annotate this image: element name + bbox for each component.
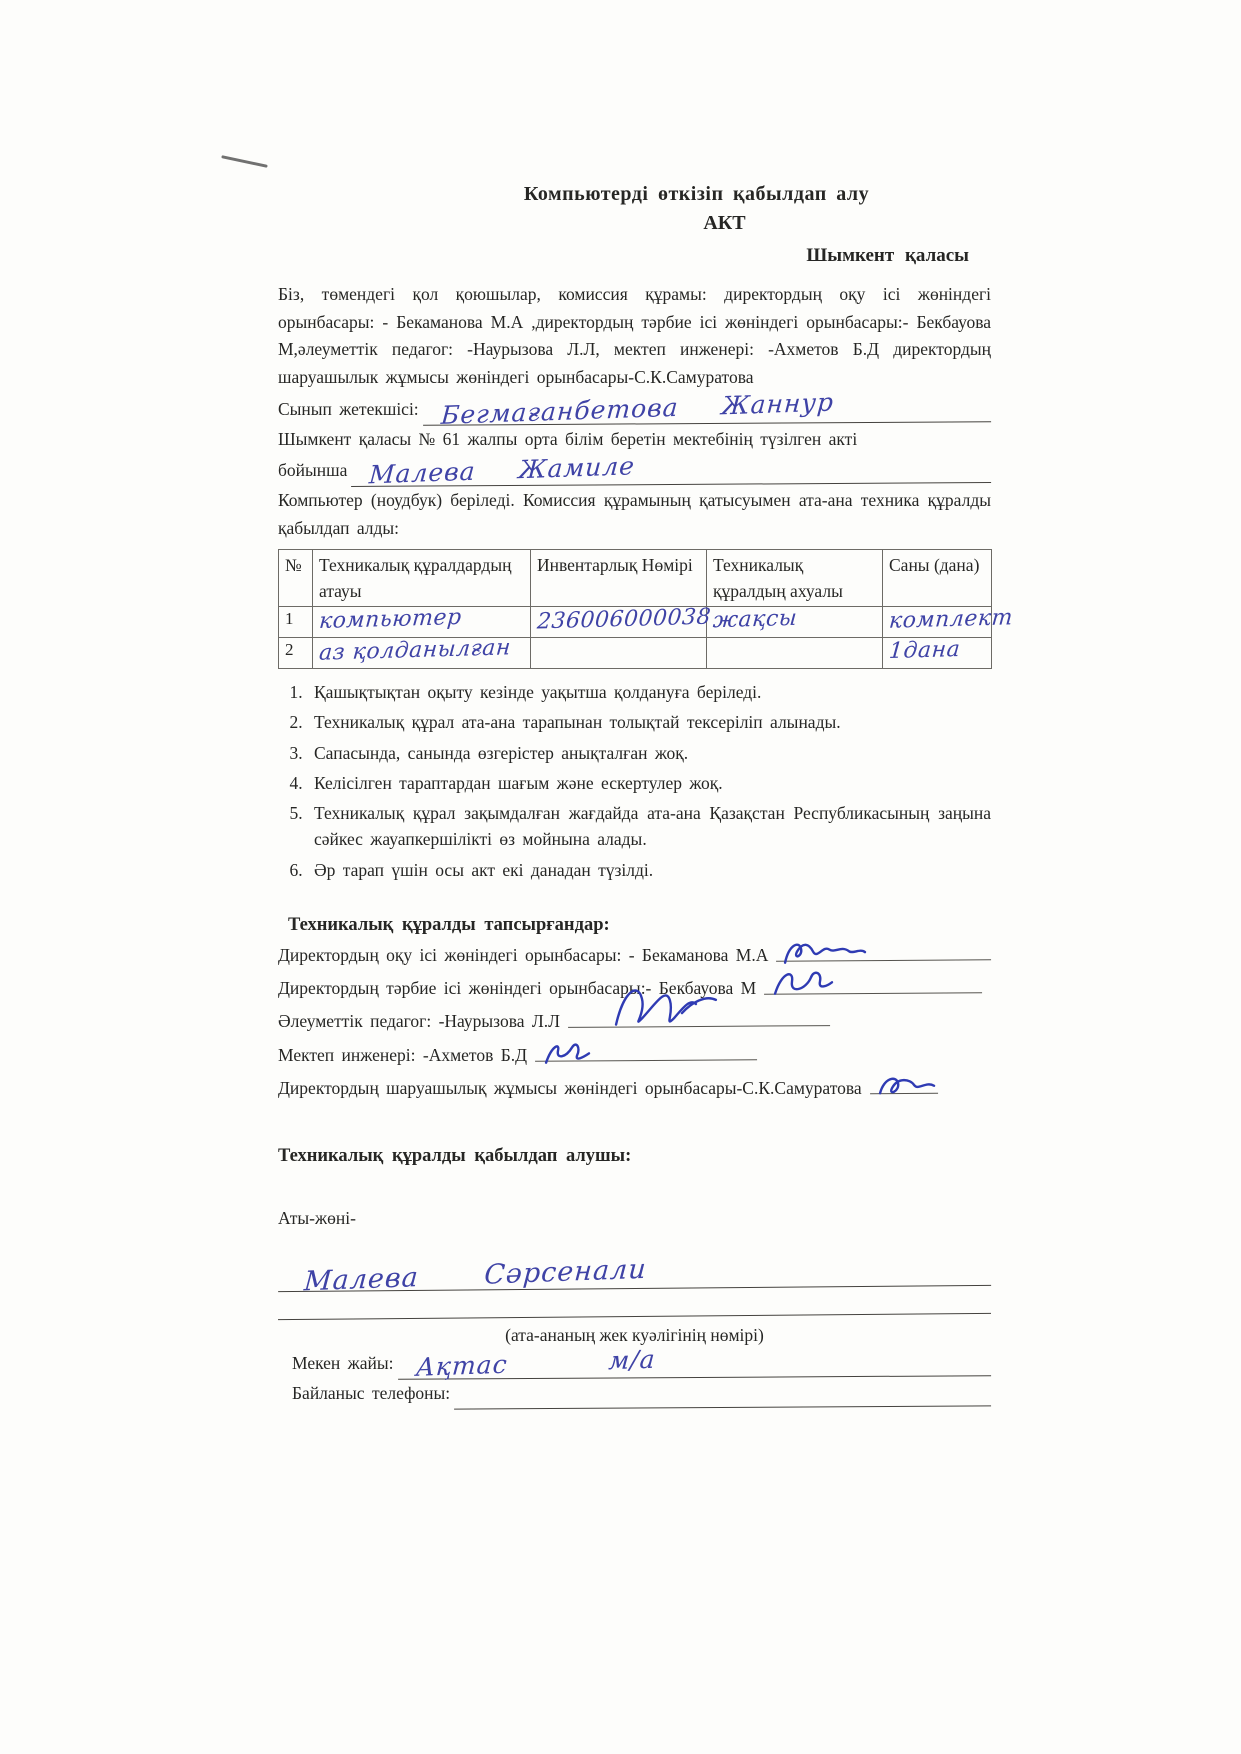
phone-handwriting bbox=[454, 1402, 472, 1403]
signature-ink-bekamanova bbox=[782, 938, 868, 969]
signature-label: Мектеп инженері: -Ахметов Б.Д bbox=[278, 1041, 527, 1069]
signature-label: Әлеуметтік педагог: -Наурызова Л.Л bbox=[278, 1007, 560, 1035]
row2-name: аз қолданылған bbox=[313, 638, 531, 669]
row1-count-handwriting: комплект bbox=[888, 607, 1013, 633]
col-header-condition: Техникалық құралдың ахуалы bbox=[707, 549, 883, 607]
address-handwriting: Ақтас м/а bbox=[397, 1346, 656, 1380]
scanned-act-document: Компьютерді өткізіп қабылдап алу АКТ Шым… bbox=[0, 0, 1241, 1754]
terms-list: Қашықтықтан оқыту кезінде уақытша қолдан… bbox=[278, 679, 991, 883]
signature-underline bbox=[568, 1005, 830, 1029]
row1-name-handwriting: компьютер bbox=[318, 607, 462, 633]
row2-inventory bbox=[531, 638, 707, 669]
row1-name: компьютер bbox=[313, 607, 531, 638]
table-row: 1 компьютер 236006000038 жақсы комплект bbox=[279, 607, 992, 638]
table-row: 2 аз қолданылған 1дана bbox=[279, 638, 992, 669]
phone-line: Байланыс телефоны: bbox=[278, 1380, 991, 1408]
signature-underline bbox=[764, 971, 982, 994]
row1-inventory: 236006000038 bbox=[531, 607, 707, 638]
term-item: Техникалық құрал зақымдалған жағдайда ат… bbox=[310, 800, 991, 853]
id-caption: (ата-ананың жек куәлігінің нөмірі) bbox=[278, 1325, 991, 1346]
pen-stroke-mark bbox=[221, 155, 268, 168]
receiver-heading: Техникалық құралды қабылдап алушы: bbox=[278, 1146, 991, 1167]
document-content: Компьютерді өткізіп қабылдап алу АКТ Шым… bbox=[278, 183, 991, 1408]
bojynsha-underline: Малева Жамиле bbox=[351, 453, 991, 487]
row1-condition: жақсы bbox=[707, 607, 883, 638]
document-title: Компьютерді өткізіп қабылдап алу bbox=[340, 183, 1053, 206]
signature-ink-akhmetov bbox=[541, 1038, 593, 1068]
signature-label: Директордың шаруашылық жұмысы жөніндегі … bbox=[278, 1074, 862, 1102]
receiver-name-handwriting: Малева Сәрсенали bbox=[277, 1255, 647, 1296]
signature-line-samuratova: Директордың шаруашылық жұмысы жөніндегі … bbox=[278, 1072, 991, 1102]
signature-ink-bekbauova bbox=[770, 967, 834, 1001]
col-header-number: № bbox=[279, 549, 313, 607]
row1-number: 1 bbox=[279, 607, 313, 638]
document-subtitle-akt: АКТ bbox=[368, 212, 1081, 235]
row2-condition bbox=[707, 638, 883, 669]
signature-underline bbox=[535, 1038, 757, 1061]
class-teacher-underline: Бегмағанбетова Жаннур bbox=[423, 392, 992, 426]
handover-heading: Техникалық құралды тапсырғандар: bbox=[278, 915, 991, 936]
term-item: Техникалық құрал ата-ана тарапынан толық… bbox=[310, 709, 991, 735]
row2-count: 1дана bbox=[883, 638, 992, 669]
class-teacher-label: Сынып жетекшісі: bbox=[278, 396, 419, 423]
row2-number: 2 bbox=[279, 638, 313, 669]
row2-name-handwriting: аз қолданылған bbox=[318, 638, 511, 665]
city-line: Шымкент қаласы bbox=[278, 245, 991, 267]
signature-line-bekamanova: Директордың оқу ісі жөніндегі орынбасары… bbox=[278, 939, 991, 969]
bojynsha-line: бойынша Малева Жамиле bbox=[278, 455, 991, 485]
term-item: Сапасында, санында өзгерістер анықталған… bbox=[310, 740, 991, 766]
table-header-row: № Техникалық құралдардың атауы Инвентарл… bbox=[279, 549, 992, 607]
signature-label: Директордың оқу ісі жөніндегі орынбасары… bbox=[278, 941, 768, 969]
school-line: Шымкент қаласы № 61 жалпы орта білім бер… bbox=[278, 426, 991, 454]
term-item: Әр тарап үшін осы акт екі данадан түзілд… bbox=[310, 857, 991, 883]
col-header-count: Саны (дана) bbox=[883, 549, 992, 607]
class-teacher-line: Сынып жетекшісі: Бегмағанбетова Жаннур bbox=[278, 394, 991, 424]
term-item: Қашықтықтан оқыту кезінде уақытша қолдан… bbox=[310, 679, 991, 705]
receiver-name-underline: Малева Сәрсенали bbox=[278, 1256, 991, 1292]
row1-condition-handwriting: жақсы bbox=[712, 608, 798, 632]
signature-underline bbox=[776, 938, 991, 961]
row2-count-handwriting: 1дана bbox=[888, 639, 961, 663]
receiver-name-label: Аты-жөні- bbox=[278, 1205, 991, 1233]
parent-name-handwriting: Малева Жамиле bbox=[351, 454, 637, 489]
commission-paragraph: Біз, төмендегі қол қоюшылар, комиссия құ… bbox=[278, 281, 991, 392]
signature-line-akhmetov: Мектеп инженері: -Ахметов Б.Д bbox=[278, 1039, 991, 1069]
signature-underline bbox=[870, 1072, 938, 1094]
term-item: Келісілген тараптардан шағым және ескерт… bbox=[310, 770, 991, 796]
equipment-table: № Техникалық құралдардың атауы Инвентарл… bbox=[278, 549, 992, 670]
col-header-inventory-number: Инвентарлық Нөмірі bbox=[531, 549, 707, 607]
address-label: Мекен жайы: bbox=[292, 1350, 394, 1377]
address-line: Мекен жайы: Ақтас м/а bbox=[278, 1348, 991, 1378]
bojynsha-label: бойынша bbox=[278, 457, 347, 484]
signature-ink-samuratova bbox=[876, 1072, 938, 1100]
class-teacher-handwriting: Бегмағанбетова Жаннур bbox=[422, 389, 835, 428]
phone-underline bbox=[454, 1378, 991, 1409]
col-header-equipment-name: Техникалық құралдардың атауы bbox=[313, 549, 531, 607]
row1-inventory-handwriting: 236006000038 bbox=[536, 607, 712, 634]
computer-line: Компьютер (ноудбук) беріледі. Комиссия қ… bbox=[278, 487, 991, 542]
address-underline: Ақтас м/а bbox=[397, 1346, 991, 1380]
empty-underline bbox=[278, 1312, 991, 1320]
row1-count: комплект bbox=[883, 607, 992, 638]
phone-label: Байланыс телефоны: bbox=[292, 1380, 450, 1407]
signature-ink-nauryzova bbox=[608, 980, 728, 1033]
signature-line-nauryzova: Әлеуметтік педагог: -Наурызова Л.Л bbox=[278, 1005, 991, 1035]
